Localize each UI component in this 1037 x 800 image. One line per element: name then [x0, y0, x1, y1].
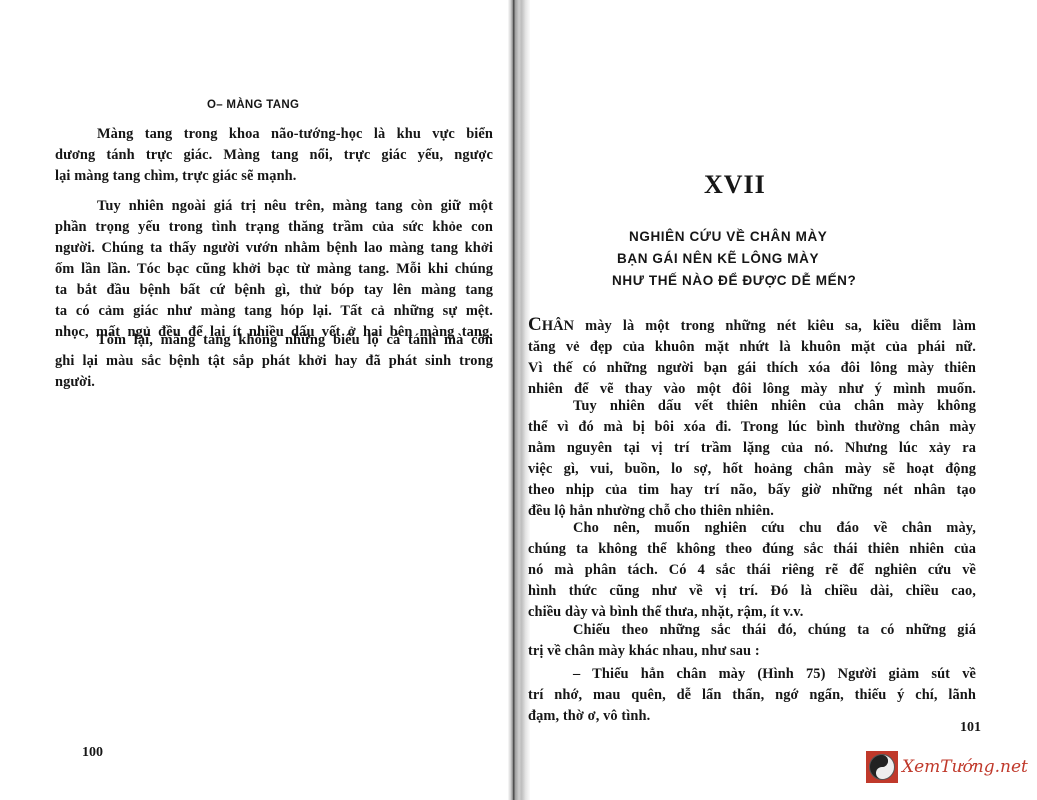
- text-line: trí nhớ, mau quên, dễ lẩn thẩn, ngớ ngẩn…: [528, 685, 976, 706]
- right-page: XVII NGHIÊN CỨU VỀ CHÂN MÀY BẠN GÁI NÊN …: [512, 0, 1037, 800]
- text-line: trị về chân mày khác nhau, như sau :: [528, 641, 976, 662]
- drop-cap: C: [528, 314, 542, 335]
- text-line: ốm lần lần. Tóc bạc cũng khởi bạc từ màn…: [55, 259, 493, 280]
- chapter-title-line: BẠN GÁI NÊN KẼ LÔNG MÀY: [617, 251, 819, 266]
- page-number: 101: [960, 720, 981, 736]
- text-line: thể vì đó mà bị bôi xóa đi. Trong lúc bì…: [528, 417, 976, 438]
- section-title: O– MÀNG TANG: [207, 99, 299, 111]
- paragraph: Tuy nhiên dấu vết thiên nhiên của chân m…: [528, 396, 976, 522]
- text-line: lại màng tang chìm, trực giác sẽ mạnh.: [55, 166, 493, 187]
- text-line: người. Chúng ta thấy người vướn nhằm bện…: [55, 238, 493, 259]
- watermark-text: XemTướng.net: [902, 757, 1028, 777]
- text-line: tăng vẻ đẹp của khuôn mặt nhứt là khuôn …: [528, 337, 976, 358]
- text-line: Cho nên, muốn nghiên cứu chu đáo về chân…: [528, 518, 976, 539]
- paragraph: Màng tang trong khoa não-tướng-học là kh…: [55, 124, 493, 187]
- left-page: O– MÀNG TANG Màng tang trong khoa não-tư…: [0, 0, 508, 800]
- text-line-rest: HÂN mày là một trong những nét kiêu sa, …: [542, 318, 976, 334]
- text-line: đạm, thờ ơ, vô tình.: [528, 706, 976, 727]
- page-number: 100: [82, 745, 103, 761]
- text-line: theo nhịp của tim hay trí não, bấy giờ n…: [528, 480, 976, 501]
- text-line: Tóm lại, màng tang không những biểu lộ c…: [55, 330, 493, 351]
- watermark-logo[interactable]: XemTướng.net: [866, 751, 1028, 783]
- text-line: ta bắt đầu bệnh bất cứ bệnh gì, thử bóp …: [55, 280, 493, 301]
- text-line: việc gì, vui, buồn, lo sợ, hốt hoảng châ…: [528, 459, 976, 480]
- text-line: hình thức cũng như về vị trí. Đó là chiề…: [528, 581, 976, 602]
- text-line: ghi lại màu sắc bệnh tật sắp phát khởi h…: [55, 351, 493, 372]
- text-line: phần trọng yếu trong tình trạng thăng tr…: [55, 217, 493, 238]
- text-line: Chiếu theo những sắc thái đó, chúng ta c…: [528, 620, 976, 641]
- paragraph: Tuy nhiên ngoài giá trị nêu trên, màng t…: [55, 196, 493, 343]
- text-line: ta có cảm giác như màng tang hóp lại. Tấ…: [55, 301, 493, 322]
- paragraph: Tóm lại, màng tang không những biểu lộ c…: [55, 330, 493, 393]
- text-line: nó mà phân tách. Có 4 sắc thái riêng rẽ …: [528, 560, 976, 581]
- text-line: Tuy nhiên dấu vết thiên nhiên của chân m…: [528, 396, 976, 417]
- text-line: nằm nguyên tại vị trí trầm lặng của nó. …: [528, 438, 976, 459]
- text-line: dương tánh trực giác. Màng tang nổi, trự…: [55, 145, 493, 166]
- text-line: Tuy nhiên ngoài giá trị nêu trên, màng t…: [55, 196, 493, 217]
- chapter-number: XVII: [704, 170, 766, 200]
- paragraph: – Thiếu hẳn chân mày (Hình 75) Người giả…: [528, 664, 976, 727]
- paragraph: Chiếu theo những sắc thái đó, chúng ta c…: [528, 620, 976, 662]
- chapter-title-line: NHƯ THẾ NÀO ĐỂ ĐƯỢC DỄ MẾN?: [612, 273, 856, 288]
- text-line: người.: [55, 372, 493, 393]
- text-line: Vì thế có những người bạn gái thích xóa …: [528, 358, 976, 379]
- chapter-title-line: NGHIÊN CỨU VỀ CHÂN MÀY: [629, 229, 827, 244]
- text-line: Màng tang trong khoa não-tướng-học là kh…: [55, 124, 493, 145]
- text-line: – Thiếu hẳn chân mày (Hình 75) Người giả…: [528, 664, 976, 685]
- paragraph: CHÂN mày là một trong những nét kiêu sa,…: [528, 314, 976, 400]
- yin-yang-icon: [866, 751, 898, 783]
- text-line: CHÂN mày là một trong những nét kiêu sa,…: [528, 314, 976, 337]
- text-line: chúng ta không thể không theo đúng sắc t…: [528, 539, 976, 560]
- paragraph: Cho nên, muốn nghiên cứu chu đáo về chân…: [528, 518, 976, 623]
